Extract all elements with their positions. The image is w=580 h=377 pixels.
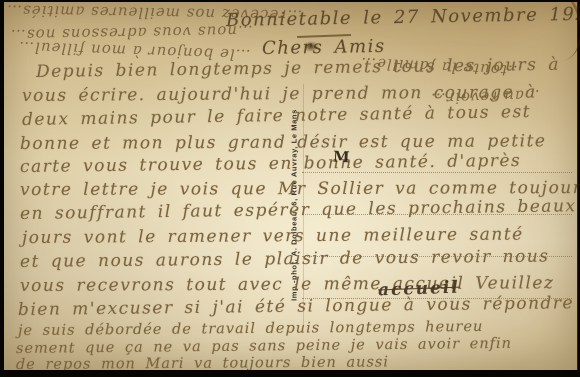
ink-blot [303, 41, 319, 52]
photo-edge-top [0, 0, 580, 2]
handwriting-line: jours vont le ramener vers une meilleure… [22, 224, 524, 248]
postcard-photo: Imp.-phot. A. Dolbeau, 6, Rue Auvray, Le… [0, 0, 580, 377]
photo-edge-left [0, 0, 4, 377]
photo-edge-bottom [0, 370, 580, 377]
greeting: Chers Amis [262, 36, 386, 59]
overwritten-word: accueil [378, 278, 460, 301]
printed-m-mark: M [333, 148, 351, 167]
handwriting-line: vous recevrons tout avec le même accueil… [20, 273, 554, 296]
